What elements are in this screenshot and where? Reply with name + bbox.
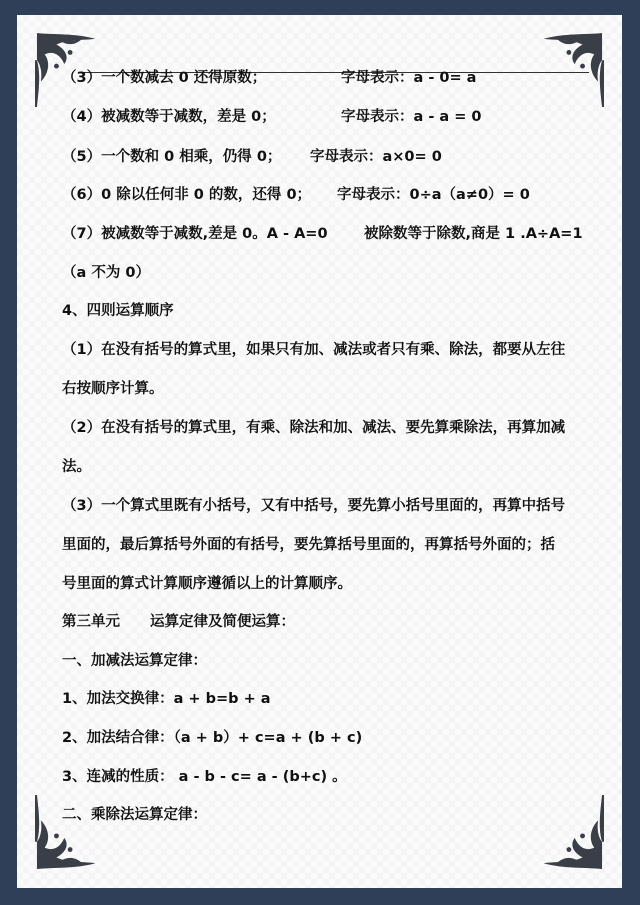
line-formula: 运算定律及简便运算： — [150, 612, 295, 632]
line-formula: 被除数等于除数,商是 1 .A÷A=1 — [364, 224, 583, 244]
line-formula: 字母表示：a - a = 0 — [341, 107, 482, 127]
text-line-rule7b: （a 不为 0） — [62, 263, 150, 283]
text-line-rule4: （4）被减数等于减数，差是 0；字母表示：a - a = 0 — [62, 107, 276, 127]
line-text: 3、连减的性质： a - b - c= a - (b+c) 。 — [62, 769, 347, 785]
ornament-corner-top-right-icon — [526, 31, 604, 109]
line-text: 二、乘除法运算定律： — [62, 807, 207, 823]
line-text: 一、加减法运算定律： — [62, 653, 207, 669]
line-formula: 字母表示：a - 0= a — [341, 68, 476, 88]
line-text: 1、加法交换律：a + b=b + a — [62, 691, 271, 707]
text-line-unit3: 第三单元运算定律及简便运算： — [62, 612, 120, 632]
text-line-commute: 1、加法交换律：a + b=b + a — [62, 689, 271, 709]
line-text: （a 不为 0） — [62, 265, 150, 281]
text-line-subprop: 3、连减的性质： a - b - c= a - (b+c) 。 — [62, 767, 347, 787]
line-text: （5）一个数和 0 相乘，仍得 0； — [62, 149, 281, 165]
line-text: （4）被减数等于减数，差是 0； — [62, 109, 276, 125]
line-text: （6）0 除以任何非 0 的数，还得 0； — [62, 187, 311, 203]
line-text: （3）一个数减去 0 还得原数； — [62, 70, 266, 86]
line-text: 号里面的算式计算顺序遵循以上的计算顺序。 — [62, 576, 352, 592]
line-text: 第三单元 — [62, 614, 120, 630]
ornament-corner-bottom-right-icon — [526, 793, 604, 871]
line-text: 里面的，最后算括号外面的有括号，要先算括号里面的，再算括号外面的；括 — [62, 537, 555, 553]
text-line-order1b: 右按顺序计算。 — [62, 379, 164, 399]
text-line-rule6: （6）0 除以任何非 0 的数，还得 0；字母表示：0÷a（a≠0）= 0 — [62, 185, 311, 205]
text-line-order3b: 里面的，最后算括号外面的有括号，要先算括号里面的，再算括号外面的；括 — [62, 535, 555, 555]
line-formula: 字母表示：a×0= 0 — [310, 147, 442, 167]
text-line-order3c: 号里面的算式计算顺序遵循以上的计算顺序。 — [62, 574, 352, 594]
line-text: 4、四则运算顺序 — [62, 303, 174, 319]
line-text: （7）被减数等于减数,差是 0。A - A=0 — [62, 226, 328, 242]
text-line-rule7: （7）被减数等于减数,差是 0。A - A=0被除数等于除数,商是 1 .A÷A… — [62, 224, 328, 244]
text-line-rule5: （5）一个数和 0 相乘，仍得 0；字母表示：a×0= 0 — [62, 147, 281, 167]
line-text: 右按顺序计算。 — [62, 381, 164, 397]
line-text: 法。 — [62, 459, 91, 475]
text-line-assoc: 2、加法结合律：（a + b）+ c=a + (b + c) — [62, 728, 362, 748]
text-line-order2b: 法。 — [62, 457, 91, 477]
text-line-sec4: 4、四则运算顺序 — [62, 301, 174, 321]
text-line-mullaw: 二、乘除法运算定律： — [62, 805, 207, 825]
text-line-rule3: （3）一个数减去 0 还得原数；字母表示：a - 0= a — [62, 68, 266, 88]
document-page: （3）一个数减去 0 还得原数；字母表示：a - 0= a（4）被减数等于减数，… — [17, 15, 622, 888]
line-text: （3）一个算式里既有小括号，又有中括号，要先算小括号里面的，再算中括号 — [62, 498, 565, 514]
text-line-order2a: （2）在没有括号的算式里，有乘、除法和加、减法、要先算乘除法，再算加减 — [62, 418, 565, 438]
line-formula: 字母表示：0÷a（a≠0）= 0 — [337, 185, 530, 205]
text-line-addlaw: 一、加减法运算定律： — [62, 651, 207, 671]
line-text: （2）在没有括号的算式里，有乘、除法和加、减法、要先算乘除法，再算加减 — [62, 420, 565, 436]
line-text: （1）在没有括号的算式里，如果只有加、减法或者只有乘、除法，都要从左往 — [62, 342, 565, 358]
text-line-order3a: （3）一个算式里既有小括号，又有中括号，要先算小括号里面的，再算中括号 — [62, 496, 565, 516]
text-line-order1a: （1）在没有括号的算式里，如果只有加、减法或者只有乘、除法，都要从左往 — [62, 340, 565, 360]
line-text: 2、加法结合律：（a + b）+ c=a + (b + c) — [62, 730, 362, 746]
